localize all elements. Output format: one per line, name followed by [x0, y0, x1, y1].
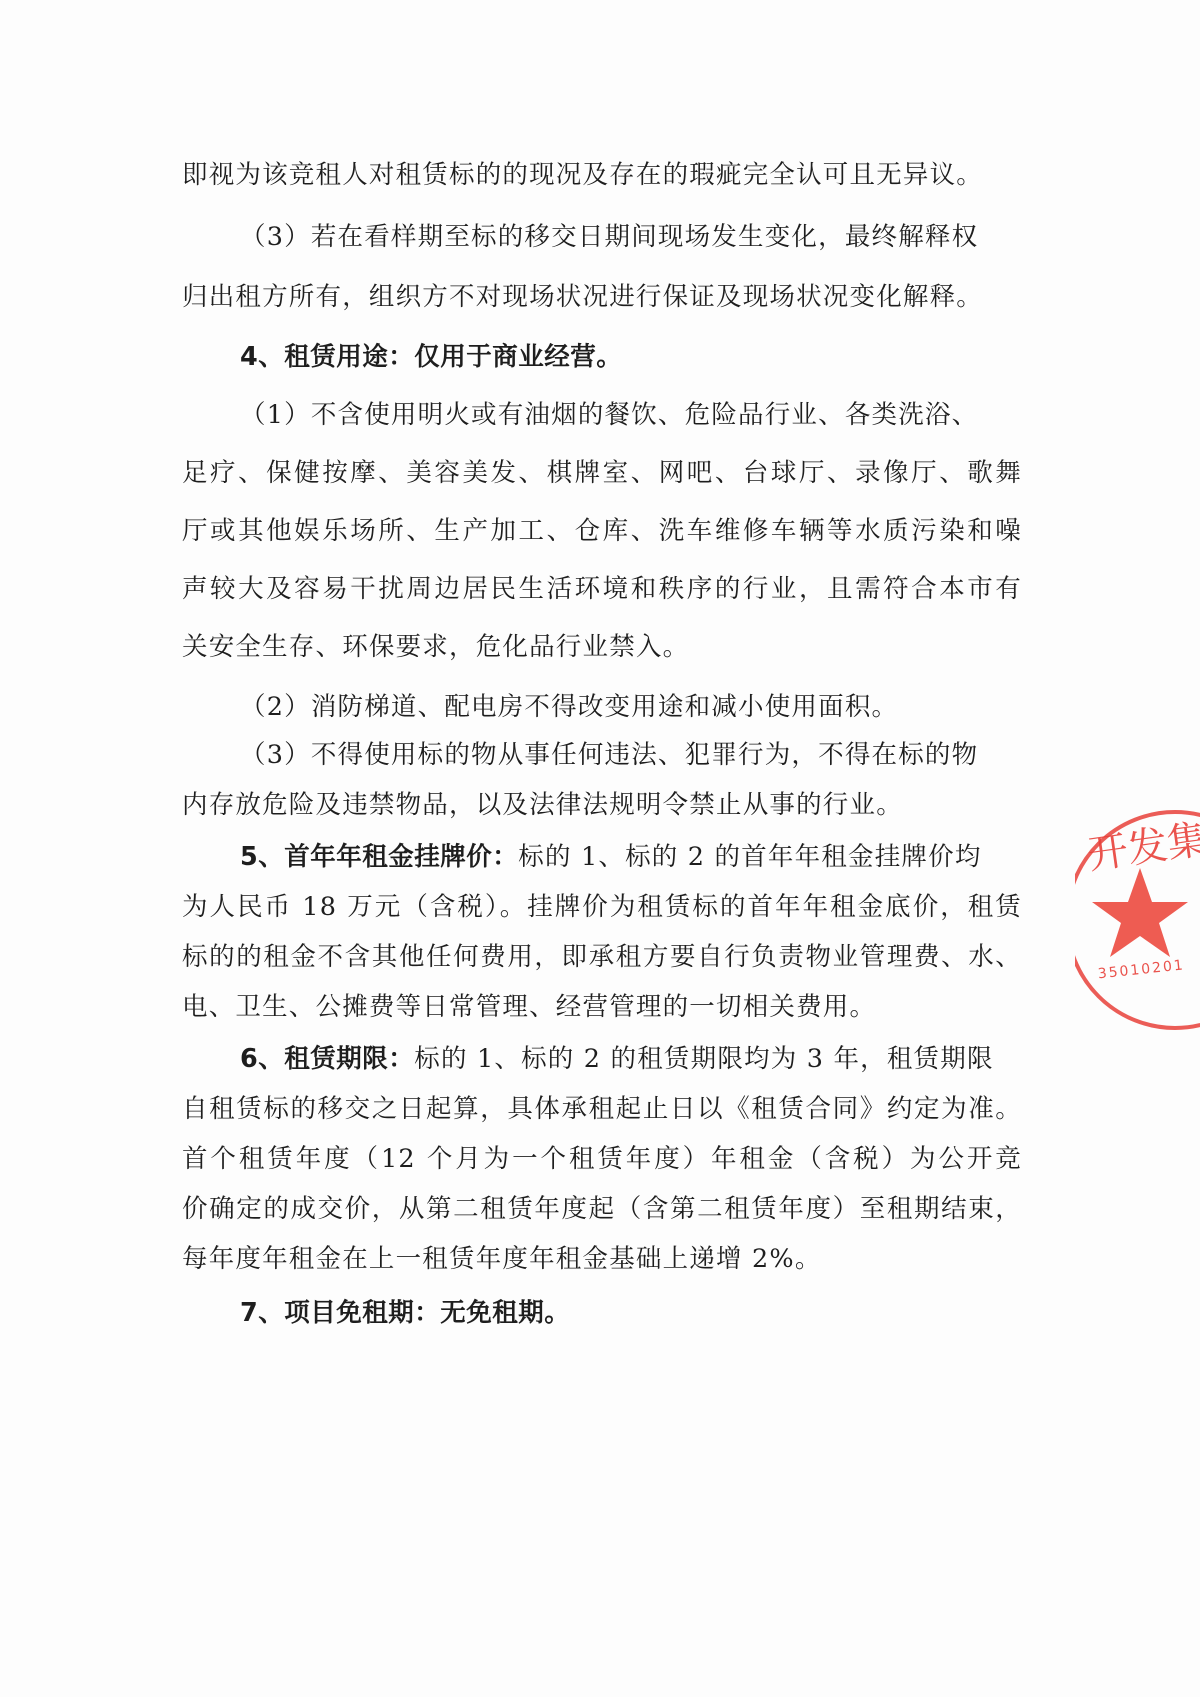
- paragraph-line: 为人民币 18 万元（含税）。挂牌价为租赁标的首年年租金底价，租赁: [182, 890, 1022, 924]
- section-6-text: 标的 1、标的 2 的租赁期限均为 3 年，租赁期限: [414, 1044, 993, 1074]
- paragraph-line: 价确定的成交价，从第二租赁年度起（含第二租赁年度）至租期结束，: [182, 1192, 1022, 1226]
- section-6-line: 6、租赁期限：标的 1、标的 2 的租赁期限均为 3 年，租赁期限: [240, 1042, 1080, 1076]
- paragraph-line: （3）不得使用标的物从事任何违法、犯罪行为，不得在标的物: [240, 738, 1080, 772]
- section-5-line: 5、首年年租金挂牌价：标的 1、标的 2 的首年年租金挂牌价均: [240, 840, 1080, 874]
- paragraph-line: 首个租赁年度（12 个月为一个租赁年度）年租金（含税）为公开竞: [182, 1142, 1022, 1176]
- paragraph-line: 内存放危险及违禁物品，以及法律法规明令禁止从事的行业。: [182, 788, 1022, 822]
- section-6-label: 6、租赁期限：: [240, 1044, 414, 1074]
- section-5-label: 5、首年年租金挂牌价：: [240, 842, 518, 872]
- paragraph-line: 声较大及容易干扰周边居民生活环境和秩序的行业，且需符合本市有: [182, 572, 1022, 606]
- section-4-heading: 4、租赁用途：仅用于商业经营。: [240, 340, 1080, 374]
- company-seal: 开发集 35010201: [1075, 800, 1200, 1050]
- paragraph-line: （3）若在看样期至标的移交日期间现场发生变化，最终解释权: [240, 220, 1080, 254]
- paragraph-line: 自租赁标的移交之日起算，具体承租起止日以《租赁合同》约定为准。: [182, 1092, 1022, 1126]
- document-page: 即视为该竞租人对租赁标的的现况及存在的瑕疵完全认可且无异议。 （3）若在看样期至…: [0, 0, 1200, 1697]
- seal-stamp-icon: 开发集 35010201: [1075, 800, 1200, 1050]
- seal-serial: 35010201: [1097, 957, 1185, 982]
- section-5-text: 标的 1、标的 2 的首年年租金挂牌价均: [518, 842, 981, 872]
- seal-text: 开发集: [1085, 816, 1200, 878]
- paragraph-line: 足疗、保健按摩、美容美发、棋牌室、网吧、台球厅、录像厅、歌舞: [182, 456, 1022, 490]
- paragraph-line: 归出租方所有，组织方不对现场状况进行保证及现场状况变化解释。: [182, 280, 1022, 314]
- paragraph-line: 厅或其他娱乐场所、生产加工、仓库、洗车维修车辆等水质污染和噪: [182, 514, 1022, 548]
- paragraph-line: 每年度年租金在上一租赁年度年租金基础上递增 2%。: [182, 1242, 1022, 1276]
- paragraph-line: （2）消防梯道、配电房不得改变用途和减小使用面积。: [240, 690, 1080, 724]
- paragraph-line: 标的的租金不含其他任何费用，即承租方要自行负责物业管理费、水、: [182, 940, 1022, 974]
- paragraph-line: 即视为该竞租人对租赁标的的现况及存在的瑕疵完全认可且无异议。: [182, 158, 1022, 192]
- paragraph-line: 关安全生存、环保要求，危化品行业禁入。: [182, 630, 1022, 664]
- paragraph-line: 电、卫生、公摊费等日常管理、经营管理的一切相关费用。: [182, 990, 1022, 1024]
- paragraph-line: （1）不含使用明火或有油烟的餐饮、危险品行业、各类洗浴、: [240, 398, 1080, 432]
- section-7-heading: 7、项目免租期：无免租期。: [240, 1296, 1080, 1330]
